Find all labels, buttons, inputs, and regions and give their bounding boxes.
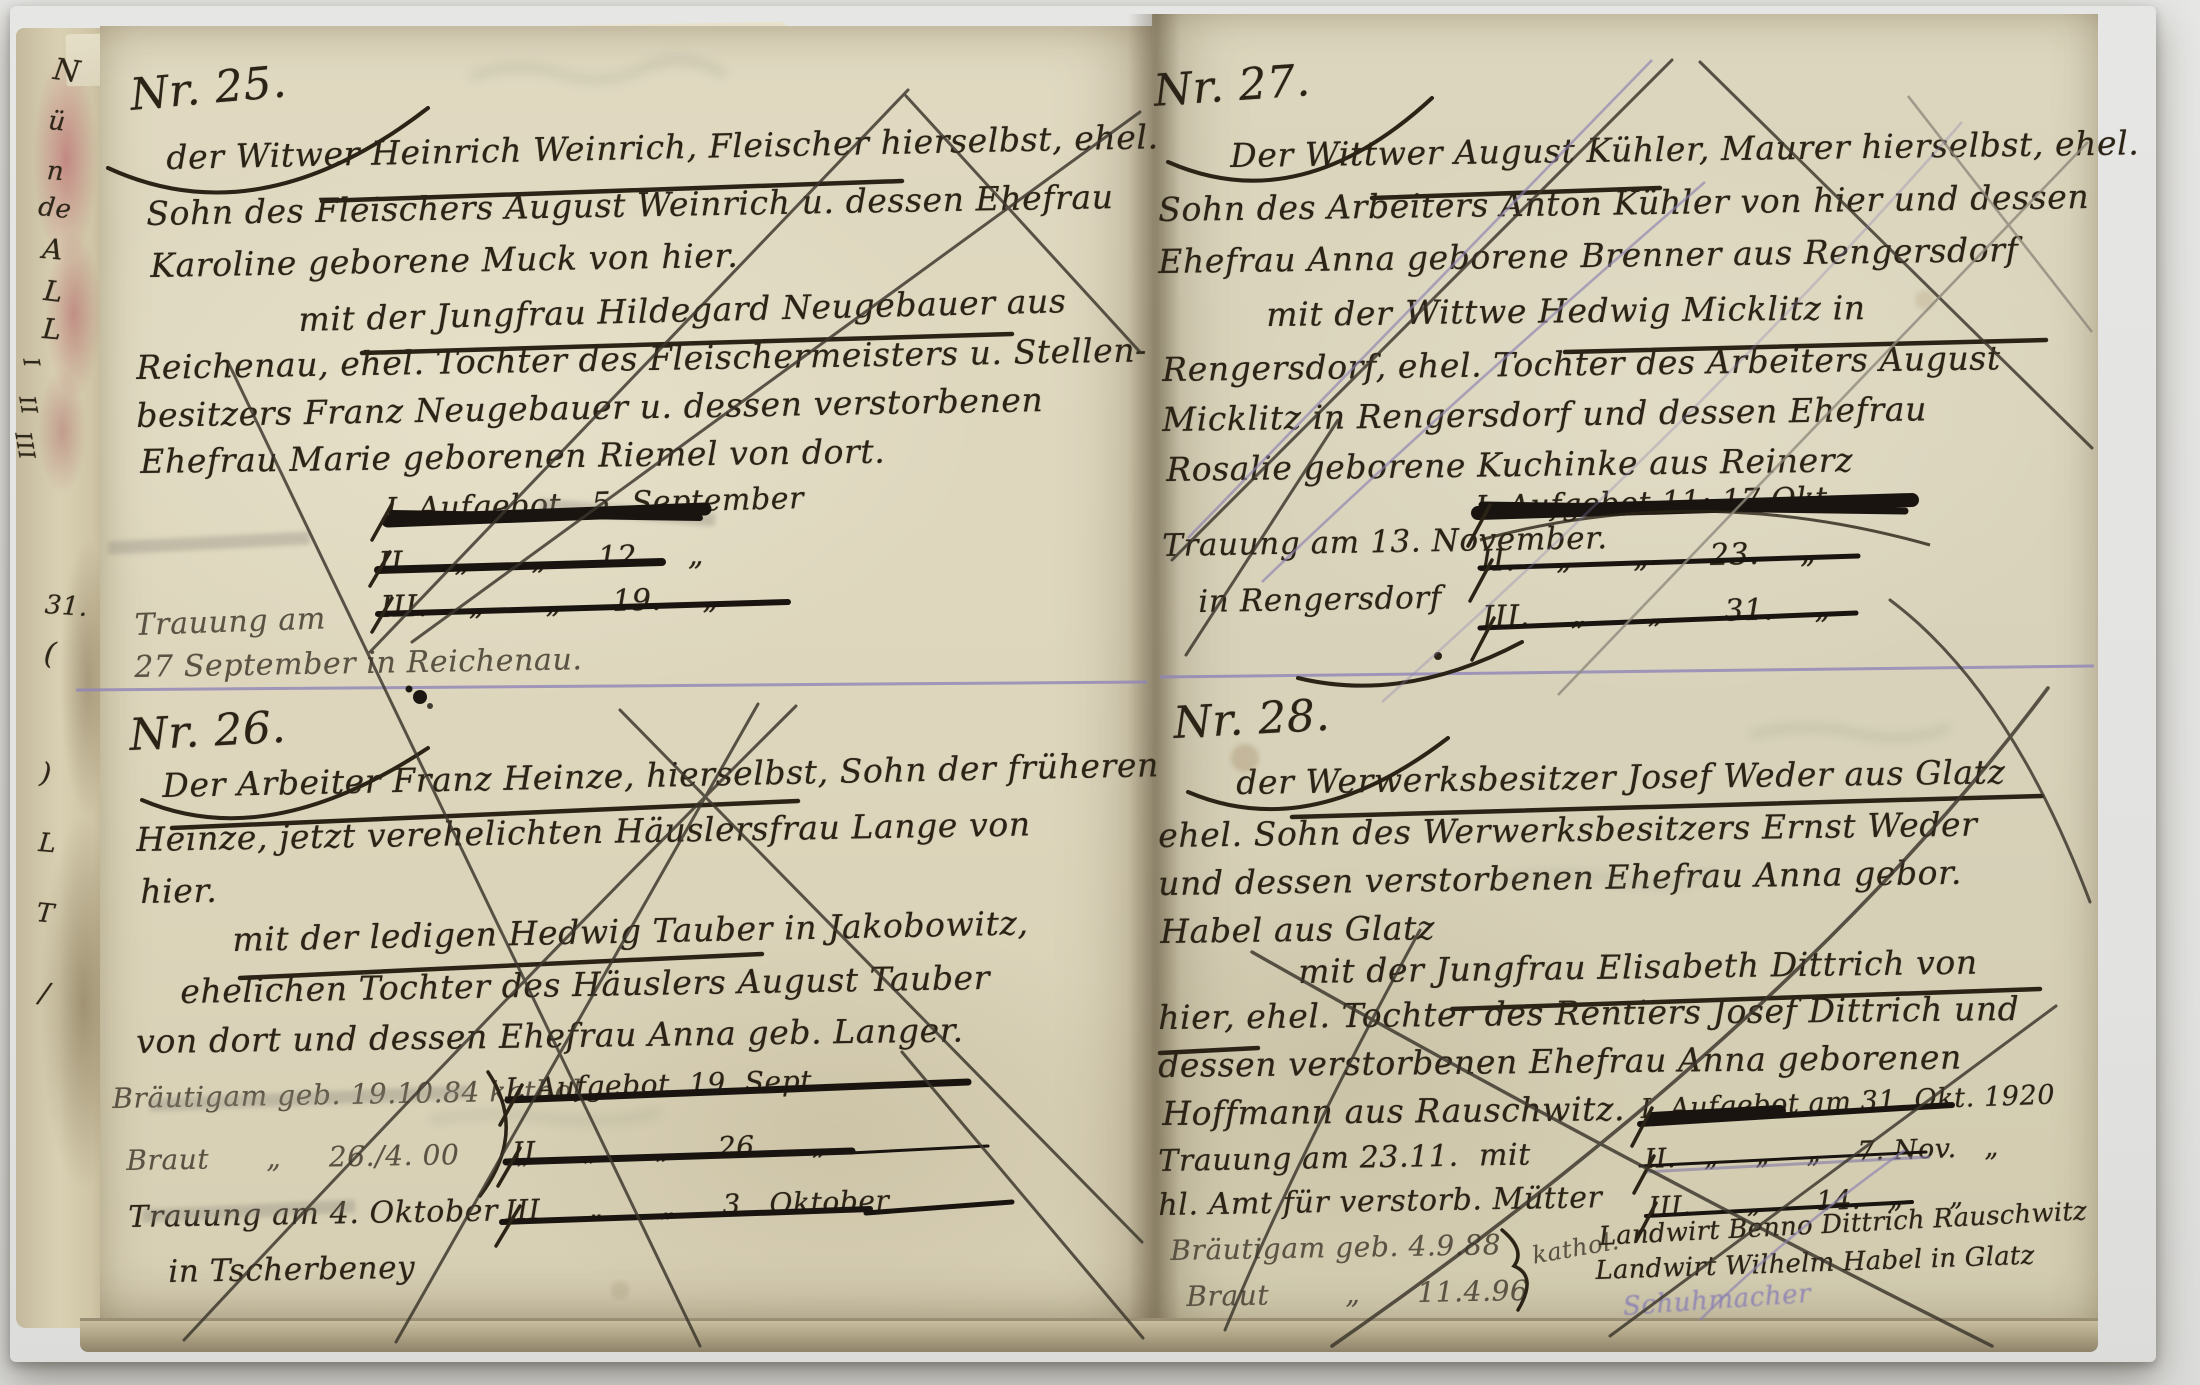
registry-book-scan: N ü n de A L L I II III 31. ( ) L T / Nr… (0, 0, 2200, 1385)
margin-fragment: L (41, 312, 63, 347)
entry-27-line: Wittwe Hedwig Micklitz in (1405, 288, 1866, 332)
entry-25-wedding-note: Trauung am (134, 601, 326, 643)
margin-fragment: L (42, 274, 65, 309)
entry-28-birth-date: Braut „ 11.4.96 (1186, 1274, 1529, 1313)
entry-26-wedding-note: Trauung am 4. Oktober (128, 1194, 498, 1235)
margin-fragment: ü (47, 106, 67, 138)
entry-28-line: Hoffmann aus Rauschwitz. (1162, 1089, 1625, 1133)
margin-fragment: II (13, 394, 41, 417)
margin-fragment: T (35, 898, 56, 930)
bottom-page-edges (80, 1318, 2098, 1352)
margin-fragment: N (51, 52, 82, 90)
entry-28-birth-date: Bräutigam geb. 4.9.88 (1170, 1228, 1501, 1267)
entry-28-line: Habel aus Glatz (1160, 908, 1435, 951)
entry-27-line: mit der (1266, 294, 1393, 334)
entry-26-line: hier. (140, 871, 218, 911)
entry-number-26: Nr. 26. (128, 702, 287, 761)
margin-fragment: L (37, 828, 57, 859)
book-cover-edge (2098, 8, 2148, 1338)
entry-26-wedding-note: in Tscherbeney (168, 1250, 416, 1290)
entry-26-detail: Braut „ 26./4. 00 „ (126, 1137, 532, 1177)
margin-fragment: A (41, 232, 65, 267)
entry-number-27: Nr. 27. (1152, 55, 1312, 117)
entry-number-28: Nr. 28. (1172, 690, 1331, 749)
entry-27-wedding-note: in Rengersdorf (1198, 580, 1442, 620)
margin-fragment: n (46, 156, 65, 187)
entry-28-wedding-note: Trauung am 23.11. mit (1158, 1137, 1531, 1178)
margin-fragment: 31. (44, 590, 89, 623)
margin-fragment: de (37, 192, 73, 225)
margin-fragment: III (9, 430, 38, 462)
